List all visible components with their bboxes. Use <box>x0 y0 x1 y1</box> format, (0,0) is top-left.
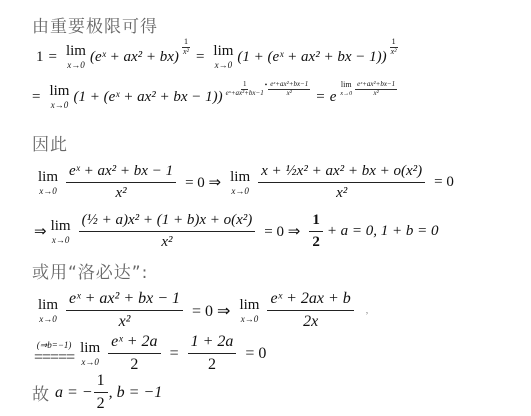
eq1-base1: (eˣ + ax² + bx) <box>90 49 179 66</box>
eq2-base: (1 + (eˣ + ax² + bx − 1)) <box>73 89 222 106</box>
lhopital-label: 或用“洛必达”: <box>32 258 148 283</box>
limit-operator: limx→0 <box>80 341 100 367</box>
limit-operator: limx→0 <box>213 44 233 70</box>
eq2-result-base: e <box>330 89 337 106</box>
eq1-lhs: 1 <box>36 49 44 66</box>
equation-4: ⇒ limx→0 (½ + a)x² + (1 + b)x + o(x²)x² … <box>34 212 439 252</box>
equation-1: 1 = limx→0 (eˣ + ax² + bx) 1x² = limx→0 … <box>36 44 399 70</box>
intro-label: 由重要极限可得 <box>32 12 158 37</box>
therefore-label: 因此 <box>32 130 68 155</box>
limit-operator: limx→0 <box>38 298 58 324</box>
eq1-base2: (1 + (eˣ + ax² + bx − 1)) <box>237 49 386 66</box>
limit-operator: limx→0 <box>38 170 58 196</box>
equation-5: limx→0 eˣ + ax² + bx − 1x² = 0 ⇒ limx→0 … <box>34 290 368 332</box>
equation-6: (⇒b=−1)===== limx→0 eˣ + 2a2 = 1 + 2a2 =… <box>34 333 271 375</box>
limit-operator: limx→0 <box>66 44 86 70</box>
equation-2: = limx→0 (1 + (eˣ + ax² + bx − 1)) 1eˣ+a… <box>32 84 398 110</box>
limit-operator: limx→0 <box>239 298 259 324</box>
limit-operator: limx→0 <box>230 170 250 196</box>
conclusion: 故 a = − 12 , b = −1 <box>32 372 162 414</box>
equation-3: limx→0 eˣ + ax² + bx − 1x² = 0 ⇒ limx→0 … <box>34 163 459 203</box>
limit-operator: limx→0 <box>51 219 71 245</box>
limit-operator: limx→0 <box>49 84 69 110</box>
